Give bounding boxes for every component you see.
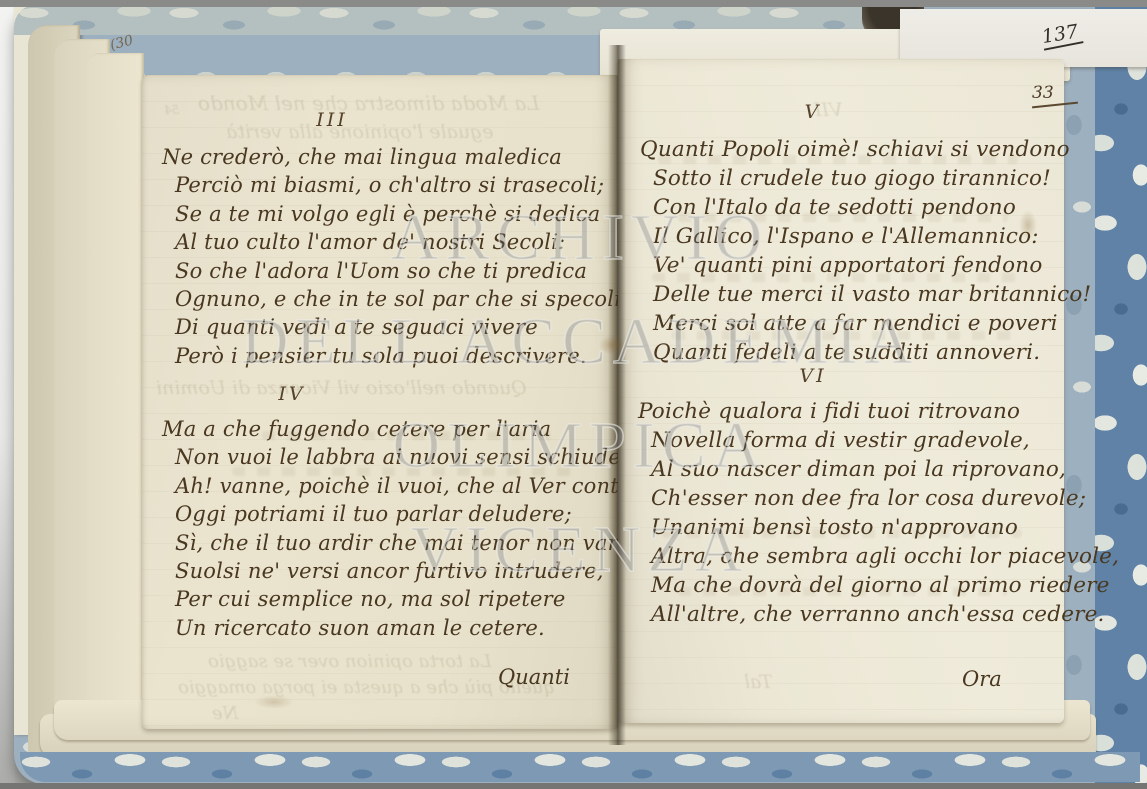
stanza-iii: Ne crederò, che mai lingua maledicaPerci… — [162, 143, 628, 370]
poem-line: Se a te mi volgo egli è perchè si dedica — [175, 200, 628, 228]
poem-line: Delle tue merci il vasto mar britannico! — [653, 280, 1091, 309]
book: 137 (30 54 La Moda dimostra che nel Mond… — [14, 5, 1147, 784]
marbled-cover-bottom-edge — [20, 752, 1140, 782]
stanza-heading: V — [618, 101, 1008, 123]
poem-line: Poichè qualora i fidi tuoi ritrovano — [638, 397, 1119, 426]
poem-line: Ognuno, e che in te sol par che si speco… — [175, 285, 628, 313]
left-page: 54 La Moda dimostra che nel Mondo eguale… — [142, 75, 618, 729]
poem-line: Il Gallico, l'Ispano e l'Allemannico: — [653, 222, 1091, 251]
book-gutter-shadow — [608, 45, 626, 745]
stanza-vi: Poichè qualora i fidi tuoi ritrovanoNove… — [638, 397, 1119, 629]
poem-line: Per cui semplice no, ma sol ripetere — [175, 585, 672, 613]
poem-line: Un ricercato suon aman le cetere. — [175, 614, 672, 642]
poem-line: Sì, che il tuo ardir che mai tenor non v… — [175, 529, 672, 557]
poem-line: Al suo nascer diman poi la riprovano, — [651, 455, 1119, 484]
poem-line: Ma che dovrà del giorno al primo riedere — [651, 571, 1119, 600]
catchword: Ora — [962, 667, 1002, 691]
poem-line: Ch'esser non dee fra lor cosa durevole; — [651, 484, 1119, 513]
poem-line: Ne crederò, che mai lingua maledica — [162, 143, 628, 171]
poem-line: Al tuo culto l'amor de' nostri Secoli: — [175, 228, 628, 256]
poem-line: Suolsi ne' versi ancor furtivo intrudere… — [175, 557, 672, 585]
poem-line: Ma a che fuggendo cetere per l'aria — [162, 415, 672, 443]
scanned-book-photo: 137 (30 54 La Moda dimostra che nel Mond… — [0, 0, 1147, 789]
poem-line: Novella forma di vestir gradevole, — [651, 426, 1119, 455]
poem-line: Di quanti vedi a te seguaci vivere — [175, 313, 628, 341]
ghost-line: Ne — [212, 703, 238, 724]
stanza-heading: IV — [142, 383, 442, 405]
stanza-heading: III — [142, 109, 522, 131]
stanza-v: Quanti Popoli oimè! schiavi si vendonoSo… — [640, 135, 1091, 367]
poem-line: Quanti fedeli a te sudditi annoveri. — [653, 338, 1091, 367]
stanza-heading: VI — [618, 365, 1008, 387]
poem-line: Merci sol atte a far mendici e poveri — [653, 309, 1091, 338]
poem-line: Quanti Popoli oimè! schiavi si vendono — [640, 135, 1091, 164]
page-number: 33 — [1032, 83, 1078, 106]
poem-line: All'altre, che verranno anch'essa cedere… — [651, 600, 1119, 629]
stanza-iv: Ma a che fuggendo cetere per l'ariaNon v… — [162, 415, 672, 642]
scanner-bed-top-edge — [0, 0, 1147, 7]
ghost-line: La torta opinion over se saggio — [208, 651, 492, 672]
poem-line: So che l'adora l'Uom so che ti predica — [175, 257, 628, 285]
right-page: 33 VII Tal V Quanti Popoli oimè! schiavi… — [618, 59, 1064, 723]
poem-line: Ah! vanne, poichè il vuoi, che al Ver co… — [175, 472, 672, 500]
shelf-annotation: (30 — [108, 32, 134, 53]
poem-line: Ve' quanti pini apportatori fendono — [653, 251, 1091, 280]
page-stack-edge-left-3 — [86, 53, 144, 755]
poem-line: Con l'Italo da te sedotti pendono — [653, 193, 1091, 222]
scanner-bed-bottom-edge — [0, 783, 1147, 789]
poem-line: Però i pensier tu sola puoi descrivere. — [175, 342, 628, 370]
poem-line: Perciò mi biasmi, o ch'altro si trasecol… — [175, 171, 628, 199]
poem-line: Non vuoi le labbra ai nuovi sensi schiud… — [175, 443, 672, 471]
scanner-bed-left-edge — [0, 0, 15, 789]
page-number-text: 33 — [1032, 83, 1054, 103]
marbled-cover-right — [1095, 5, 1147, 784]
poem-line: Altra, che sembra agli occhi lor piacevo… — [651, 542, 1119, 571]
poem-line: Unanimi bensì tosto n'approvano — [651, 513, 1119, 542]
poem-line: Sotto il crudele tuo giogo tirannico! — [653, 164, 1091, 193]
poem-line: Oggi potriami il tuo parlar deludere; — [175, 500, 672, 528]
ghost-catchword: Tal — [744, 671, 773, 693]
catchword: Quanti — [498, 665, 570, 689]
